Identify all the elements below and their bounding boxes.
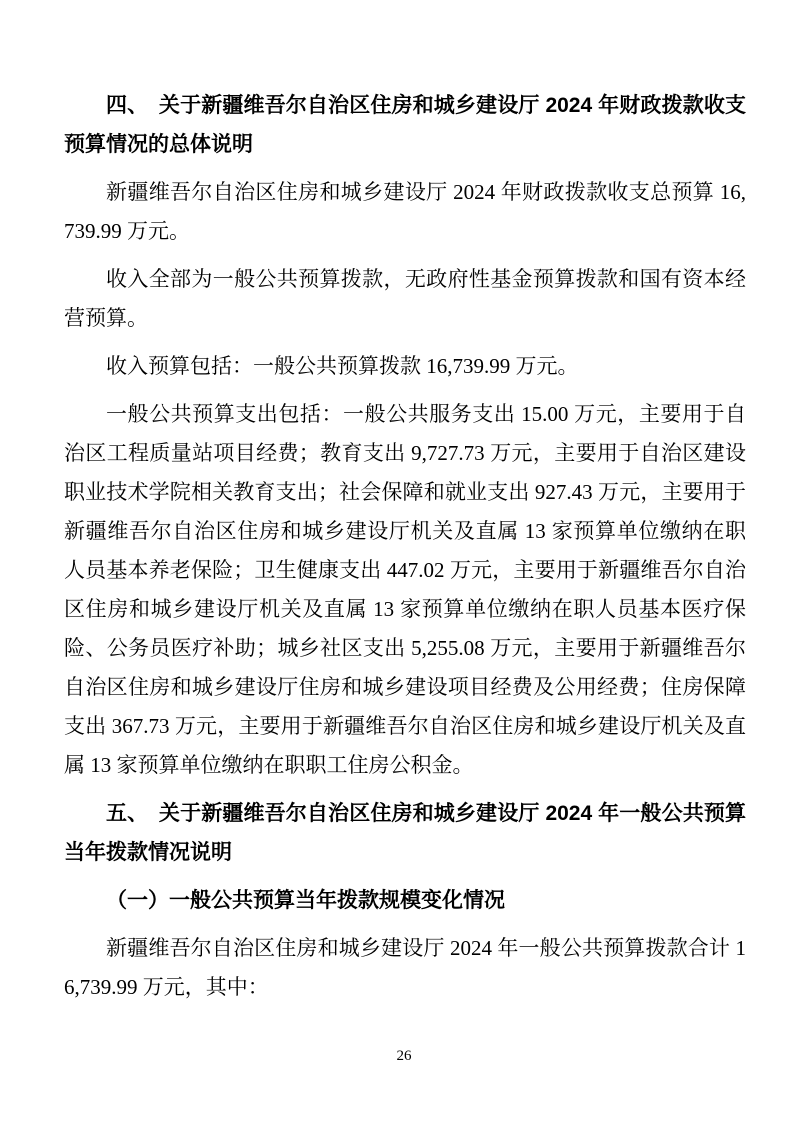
section-heading-5: 五、 关于新疆维吾尔自治区住房和城乡建设厅 2024 年一般公共预算当年拨款情况… [64, 794, 746, 872]
paragraph-total-budget: 新疆维吾尔自治区住房和城乡建设厅 2024 年财政拨款收支总预算 16,739.… [64, 173, 746, 251]
paragraph-allocation-total: 新疆维吾尔自治区住房和城乡建设厅 2024 年一般公共预算拨款合计 16,739… [64, 929, 746, 1007]
paragraph-revenue-source: 收入全部为一般公共预算拨款，无政府性基金预算拨款和国有资本经营预算。 [64, 260, 746, 338]
section-heading-4: 四、 关于新疆维吾尔自治区住房和城乡建设厅 2024 年财政拨款收支预算情况的总… [64, 86, 746, 164]
page-number: 26 [0, 1047, 808, 1065]
document-page: 四、 关于新疆维吾尔自治区住房和城乡建设厅 2024 年财政拨款收支预算情况的总… [0, 0, 808, 1143]
paragraph-revenue-budget: 收入预算包括：一般公共预算拨款 16,739.99 万元。 [64, 347, 746, 386]
subsection-heading-1: （一）一般公共预算当年拨款规模变化情况 [64, 881, 746, 920]
paragraph-expenditure-breakdown: 一般公共预算支出包括：一般公共服务支出 15.00 万元，主要用于自治区工程质量… [64, 395, 746, 785]
